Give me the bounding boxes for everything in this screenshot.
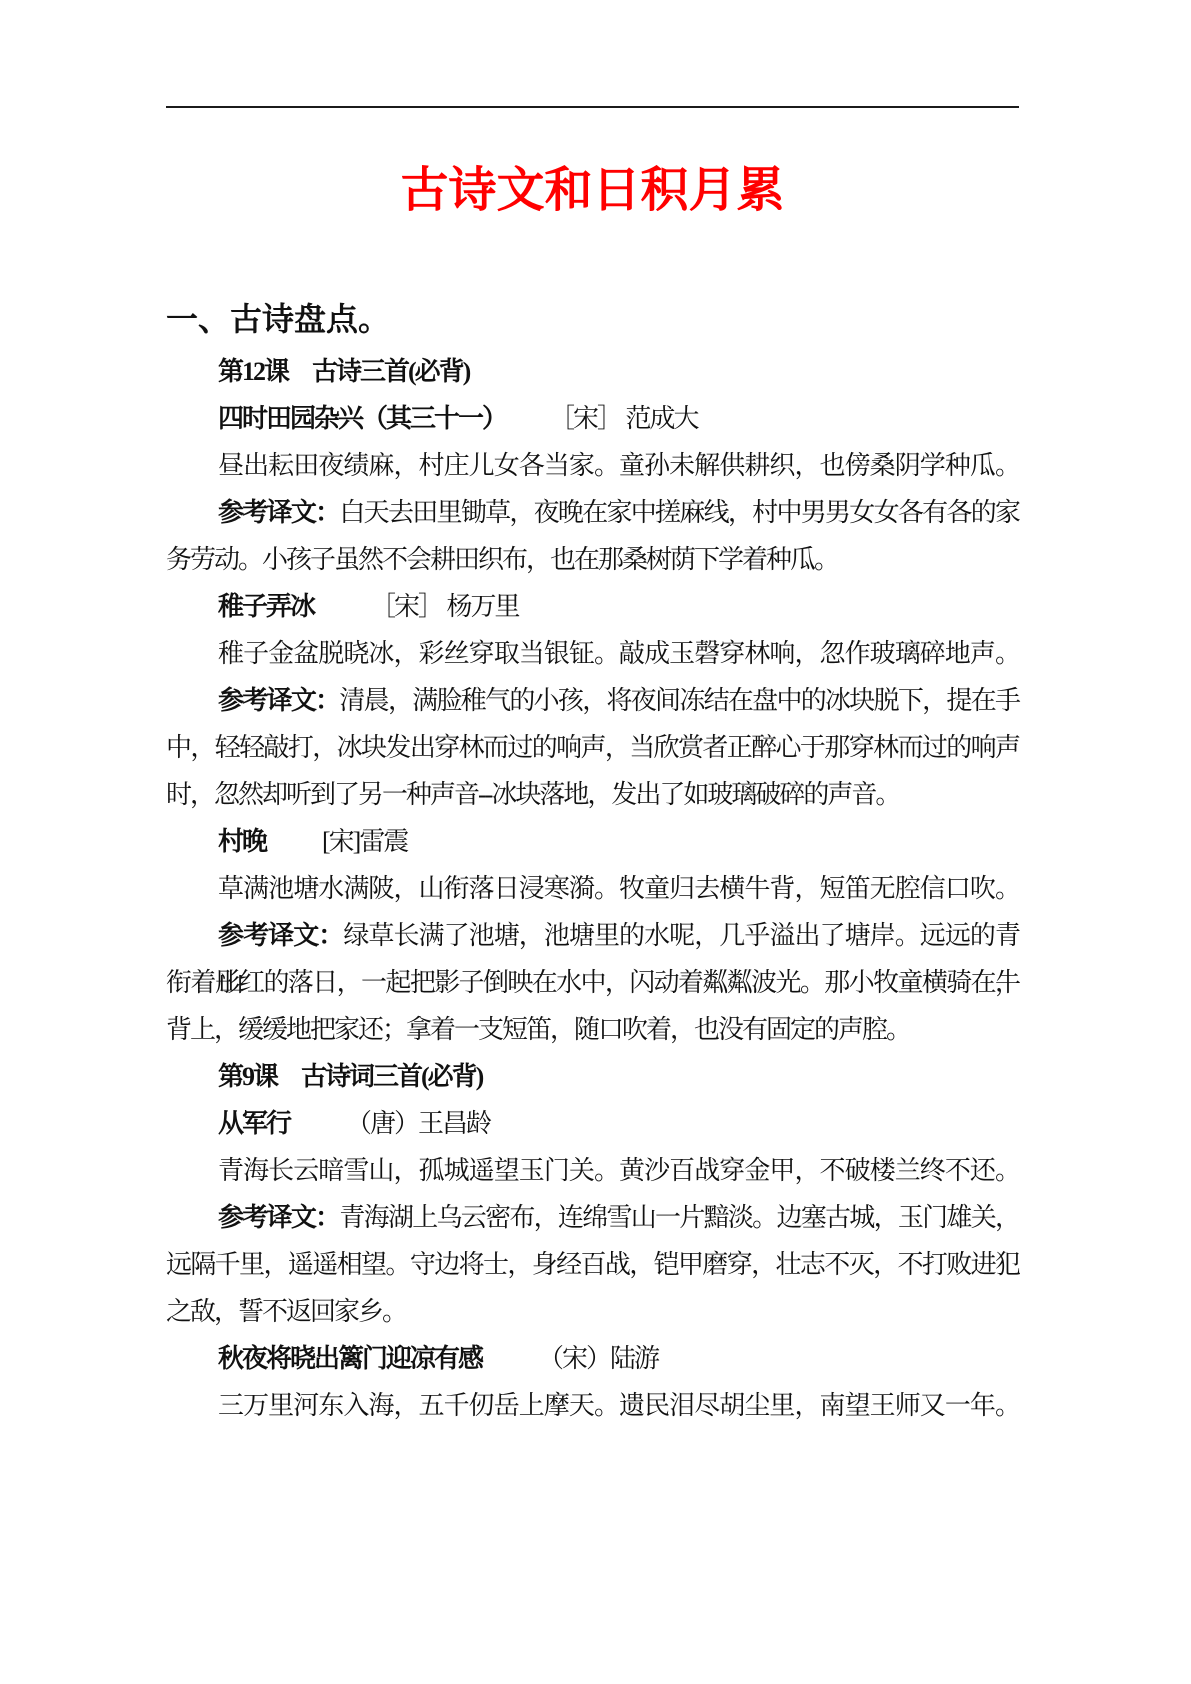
translation-line: 之敌，誓不返回家乡。	[166, 1288, 1019, 1335]
poem-title: 四时田园杂兴（其三十一）	[218, 403, 506, 433]
poem-line: 草满池塘水满陂，山衔落日浸寒漪。牧童归去横牛背，短笛无腔信口吹。	[166, 865, 1019, 912]
poem-title: 村晚	[218, 826, 266, 856]
translation-line: 参考译文：绿草长满了池塘，池塘里的水呢，几乎溢出了塘岸。远远的青山，	[166, 912, 1019, 959]
poem-line: 青海长云暗雪山，孤城遥望玉门关。黄沙百战穿金甲，不破楼兰终不还。	[166, 1147, 1019, 1194]
translation-label: 参考译文：	[218, 1203, 339, 1232]
poem-author: [宋]雷震	[322, 827, 407, 856]
document-page: 古诗文和日积月累 一、古诗盘点。 第12课 古诗三首(必背) 四时田园杂兴（其三…	[0, 106, 1191, 1429]
translation-line: 衔着彤红的落日，一起把影子倒映在水中，闪动着粼粼波光。那小牧童横骑在牛	[166, 959, 1019, 1006]
poem-author: ［宋］ 范成大	[562, 404, 698, 433]
poem-title: 秋夜将晓出篱门迎凉有感	[218, 1343, 482, 1373]
translation-line: 中，轻轻敲打，冰块发出穿林而过的响声，当欣赏者正醉心于那穿林而过的响声	[166, 724, 1019, 771]
translation-label: 参考译文：	[218, 921, 343, 950]
translation-line: 时，忽然却听到了另一种声音--冰块落地，发出了如玻璃破碎的声音。	[166, 771, 1019, 818]
poem-heading-4: 从军行（唐）王昌龄	[166, 1100, 1019, 1147]
translation-label: 参考译文：	[218, 498, 339, 527]
poem-title: 稚子弄冰	[218, 591, 314, 621]
translation-text: 白天去田里锄草，夜晚在家中搓麻线，村中男男女女各有各的家	[339, 498, 1019, 527]
header-rule	[166, 106, 1019, 108]
poem-author: ［宋］ 杨万里	[370, 592, 519, 621]
poem-line: 昼出耘田夜绩麻，村庄儿女各当家。童孙未解供耕织，也傍桑阴学种瓜。	[166, 442, 1019, 489]
poem-title: 从军行	[218, 1108, 290, 1138]
translation-line: 务劳动。小孩子虽然不会耕田织布，也在那桑树荫下学着种瓜。	[166, 536, 1019, 583]
poem-heading-5: 秋夜将晓出篱门迎凉有感（宋）陆游	[166, 1335, 1019, 1382]
lesson-heading-9: 第9课 古诗词三首(必背)	[166, 1053, 1019, 1100]
translation-text: 清晨，满脸稚气的小孩，将夜间冻结在盘中的冰块脱下，提在手	[339, 686, 1019, 715]
lesson-heading-12: 第12课 古诗三首(必背)	[166, 348, 1019, 395]
poem-author: （唐）王昌龄	[346, 1109, 490, 1138]
translation-line: 参考译文：清晨，满脸稚气的小孩，将夜间冻结在盘中的冰块脱下，提在手	[166, 677, 1019, 724]
page-title: 古诗文和日积月累	[166, 162, 1019, 220]
translation-line: 背上，缓缓地把家还；拿着一支短笛，随口吹着，也没有固定的声腔。	[166, 1006, 1019, 1053]
poem-heading-2: 稚子弄冰［宋］ 杨万里	[166, 583, 1019, 630]
poem-line: 稚子金盆脱晓冰，彩丝穿取当银钲。敲成玉磬穿林响，忽作玻璃碎地声。	[166, 630, 1019, 677]
poem-heading-3: 村晚[宋]雷震	[166, 818, 1019, 865]
translation-line: 远隔千里，遥遥相望。守边将士，身经百战，铠甲磨穿，壮志不灭，不打败进犯	[166, 1241, 1019, 1288]
poem-heading-1: 四时田园杂兴（其三十一）［宋］ 范成大	[166, 395, 1019, 442]
translation-text: 青海湖上乌云密布，连绵雪山一片黯淡。边塞古城，玉门雄关，	[339, 1203, 1019, 1232]
poem-line: 三万里河东入海，五千仞岳上摩天。遗民泪尽胡尘里，南望王师又一年。	[166, 1382, 1019, 1429]
translation-line: 参考译文：白天去田里锄草，夜晚在家中搓麻线，村中男男女女各有各的家	[166, 489, 1019, 536]
poem-author: （宋）陆游	[538, 1344, 658, 1373]
document-body: 第12课 古诗三首(必背) 四时田园杂兴（其三十一）［宋］ 范成大 昼出耘田夜绩…	[166, 348, 1019, 1429]
translation-label: 参考译文：	[218, 686, 339, 715]
translation-line: 参考译文：青海湖上乌云密布，连绵雪山一片黯淡。边塞古城，玉门雄关，	[166, 1194, 1019, 1241]
section-heading: 一、古诗盘点。	[166, 296, 1019, 343]
